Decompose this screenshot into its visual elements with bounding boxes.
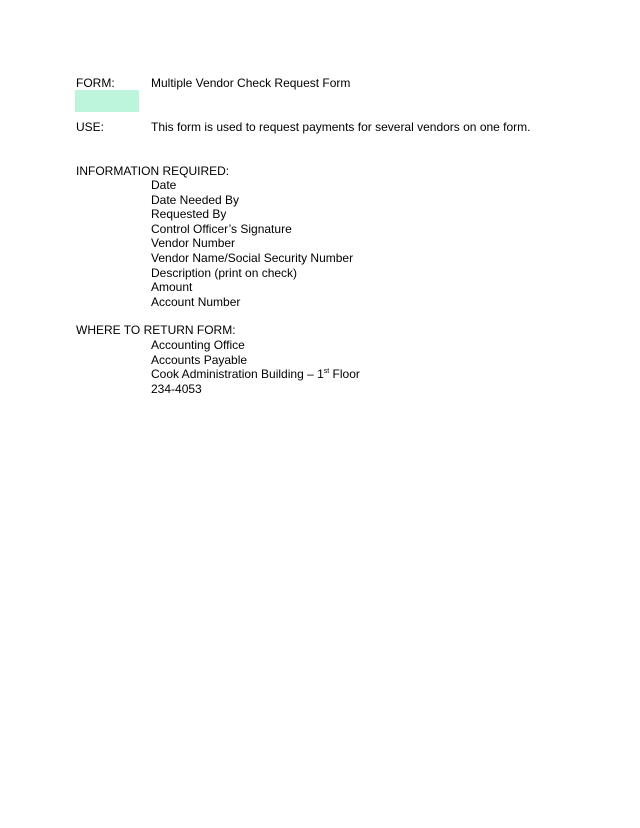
list-item: Vendor Name/Social Security Number bbox=[151, 251, 353, 266]
document-page: FORM: Multiple Vendor Check Request Form… bbox=[0, 0, 640, 828]
list-item: Control Officer’s Signature bbox=[151, 222, 353, 237]
use-description: This form is used to request payments fo… bbox=[151, 120, 531, 134]
information-required-heading: INFORMATION REQUIRED: bbox=[76, 164, 229, 178]
return-form-heading: WHERE TO RETURN FORM: bbox=[76, 323, 236, 337]
return-department: Accounts Payable bbox=[151, 353, 360, 368]
return-building: Cook Administration Building – 1st Floor bbox=[151, 367, 360, 382]
highlighted-cell bbox=[75, 90, 139, 112]
form-label: FORM: bbox=[76, 76, 115, 90]
list-item: Account Number bbox=[151, 295, 353, 310]
list-item: Vendor Number bbox=[151, 236, 353, 251]
floor-label: Floor bbox=[329, 367, 360, 381]
list-item: Requested By bbox=[151, 207, 353, 222]
list-item: Date bbox=[151, 178, 353, 193]
return-office: Accounting Office bbox=[151, 338, 360, 353]
floor-ordinal-superscript: st bbox=[324, 368, 329, 375]
form-title: Multiple Vendor Check Request Form bbox=[151, 76, 350, 90]
return-phone: 234-4053 bbox=[151, 382, 360, 397]
use-label: USE: bbox=[76, 120, 104, 134]
list-item: Date Needed By bbox=[151, 193, 353, 208]
list-item: Amount bbox=[151, 280, 353, 295]
list-item: Description (print on check) bbox=[151, 266, 353, 281]
return-address-list: Accounting Office Accounts Payable Cook … bbox=[151, 338, 360, 396]
building-name: Cook Administration Building – 1 bbox=[151, 367, 324, 381]
information-required-list: Date Date Needed By Requested By Control… bbox=[151, 178, 353, 309]
